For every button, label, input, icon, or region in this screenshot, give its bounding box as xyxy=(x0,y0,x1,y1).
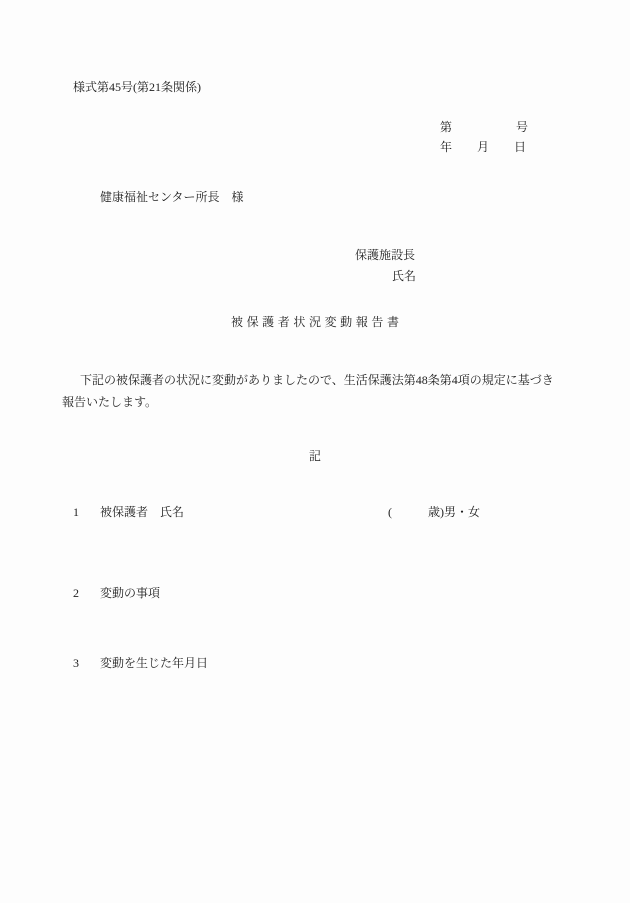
document-number-prefix: 第 xyxy=(440,120,452,135)
body-paragraph-line-1: 下記の被保護者の状況に変動がありましたので、生活保護法第48条第4項の規定に基づ… xyxy=(80,373,554,388)
item-number: 1 xyxy=(73,505,79,520)
date-line: 年 月 日 xyxy=(440,140,526,155)
sender-name-label: 氏名 xyxy=(392,269,416,284)
list-item-change-date: 3 変動を生じた年月日 xyxy=(0,656,630,674)
sender-title: 保護施設長 xyxy=(355,248,415,263)
ki-heading: 記 xyxy=(0,449,630,464)
item-label: 変動の事項 xyxy=(100,586,160,601)
report-form-page: 様式第45号(第21条関係) 第 号 年 月 日 健康福祉センター所長 様 保護… xyxy=(0,0,630,903)
date-month-label: 月 xyxy=(477,140,489,155)
addressee: 健康福祉センター所長 様 xyxy=(100,190,244,205)
document-title: 被保護者状況変動報告書 xyxy=(0,315,630,330)
form-number: 様式第45号(第21条関係) xyxy=(73,80,201,95)
document-number-line: 第 号 xyxy=(440,120,528,135)
item-name-label: 氏名 xyxy=(160,505,184,520)
item-label: 変動を生じた年月日 xyxy=(100,656,208,671)
list-item-protected-person: 1 被保護者 氏名 ( 歳)男・女 xyxy=(0,505,630,523)
date-year-label: 年 xyxy=(440,140,452,155)
body-paragraph-line-2: 報告いたします。 xyxy=(62,395,157,410)
document-number-suffix: 号 xyxy=(516,120,528,135)
item-number: 3 xyxy=(73,656,79,671)
item-number: 2 xyxy=(73,586,79,601)
list-item-change-details: 2 変動の事項 xyxy=(0,586,630,604)
item-label: 被保護者 xyxy=(100,505,148,520)
item-age-sex-label: ( 歳)男・女 xyxy=(388,505,480,520)
date-day-label: 日 xyxy=(514,140,526,155)
